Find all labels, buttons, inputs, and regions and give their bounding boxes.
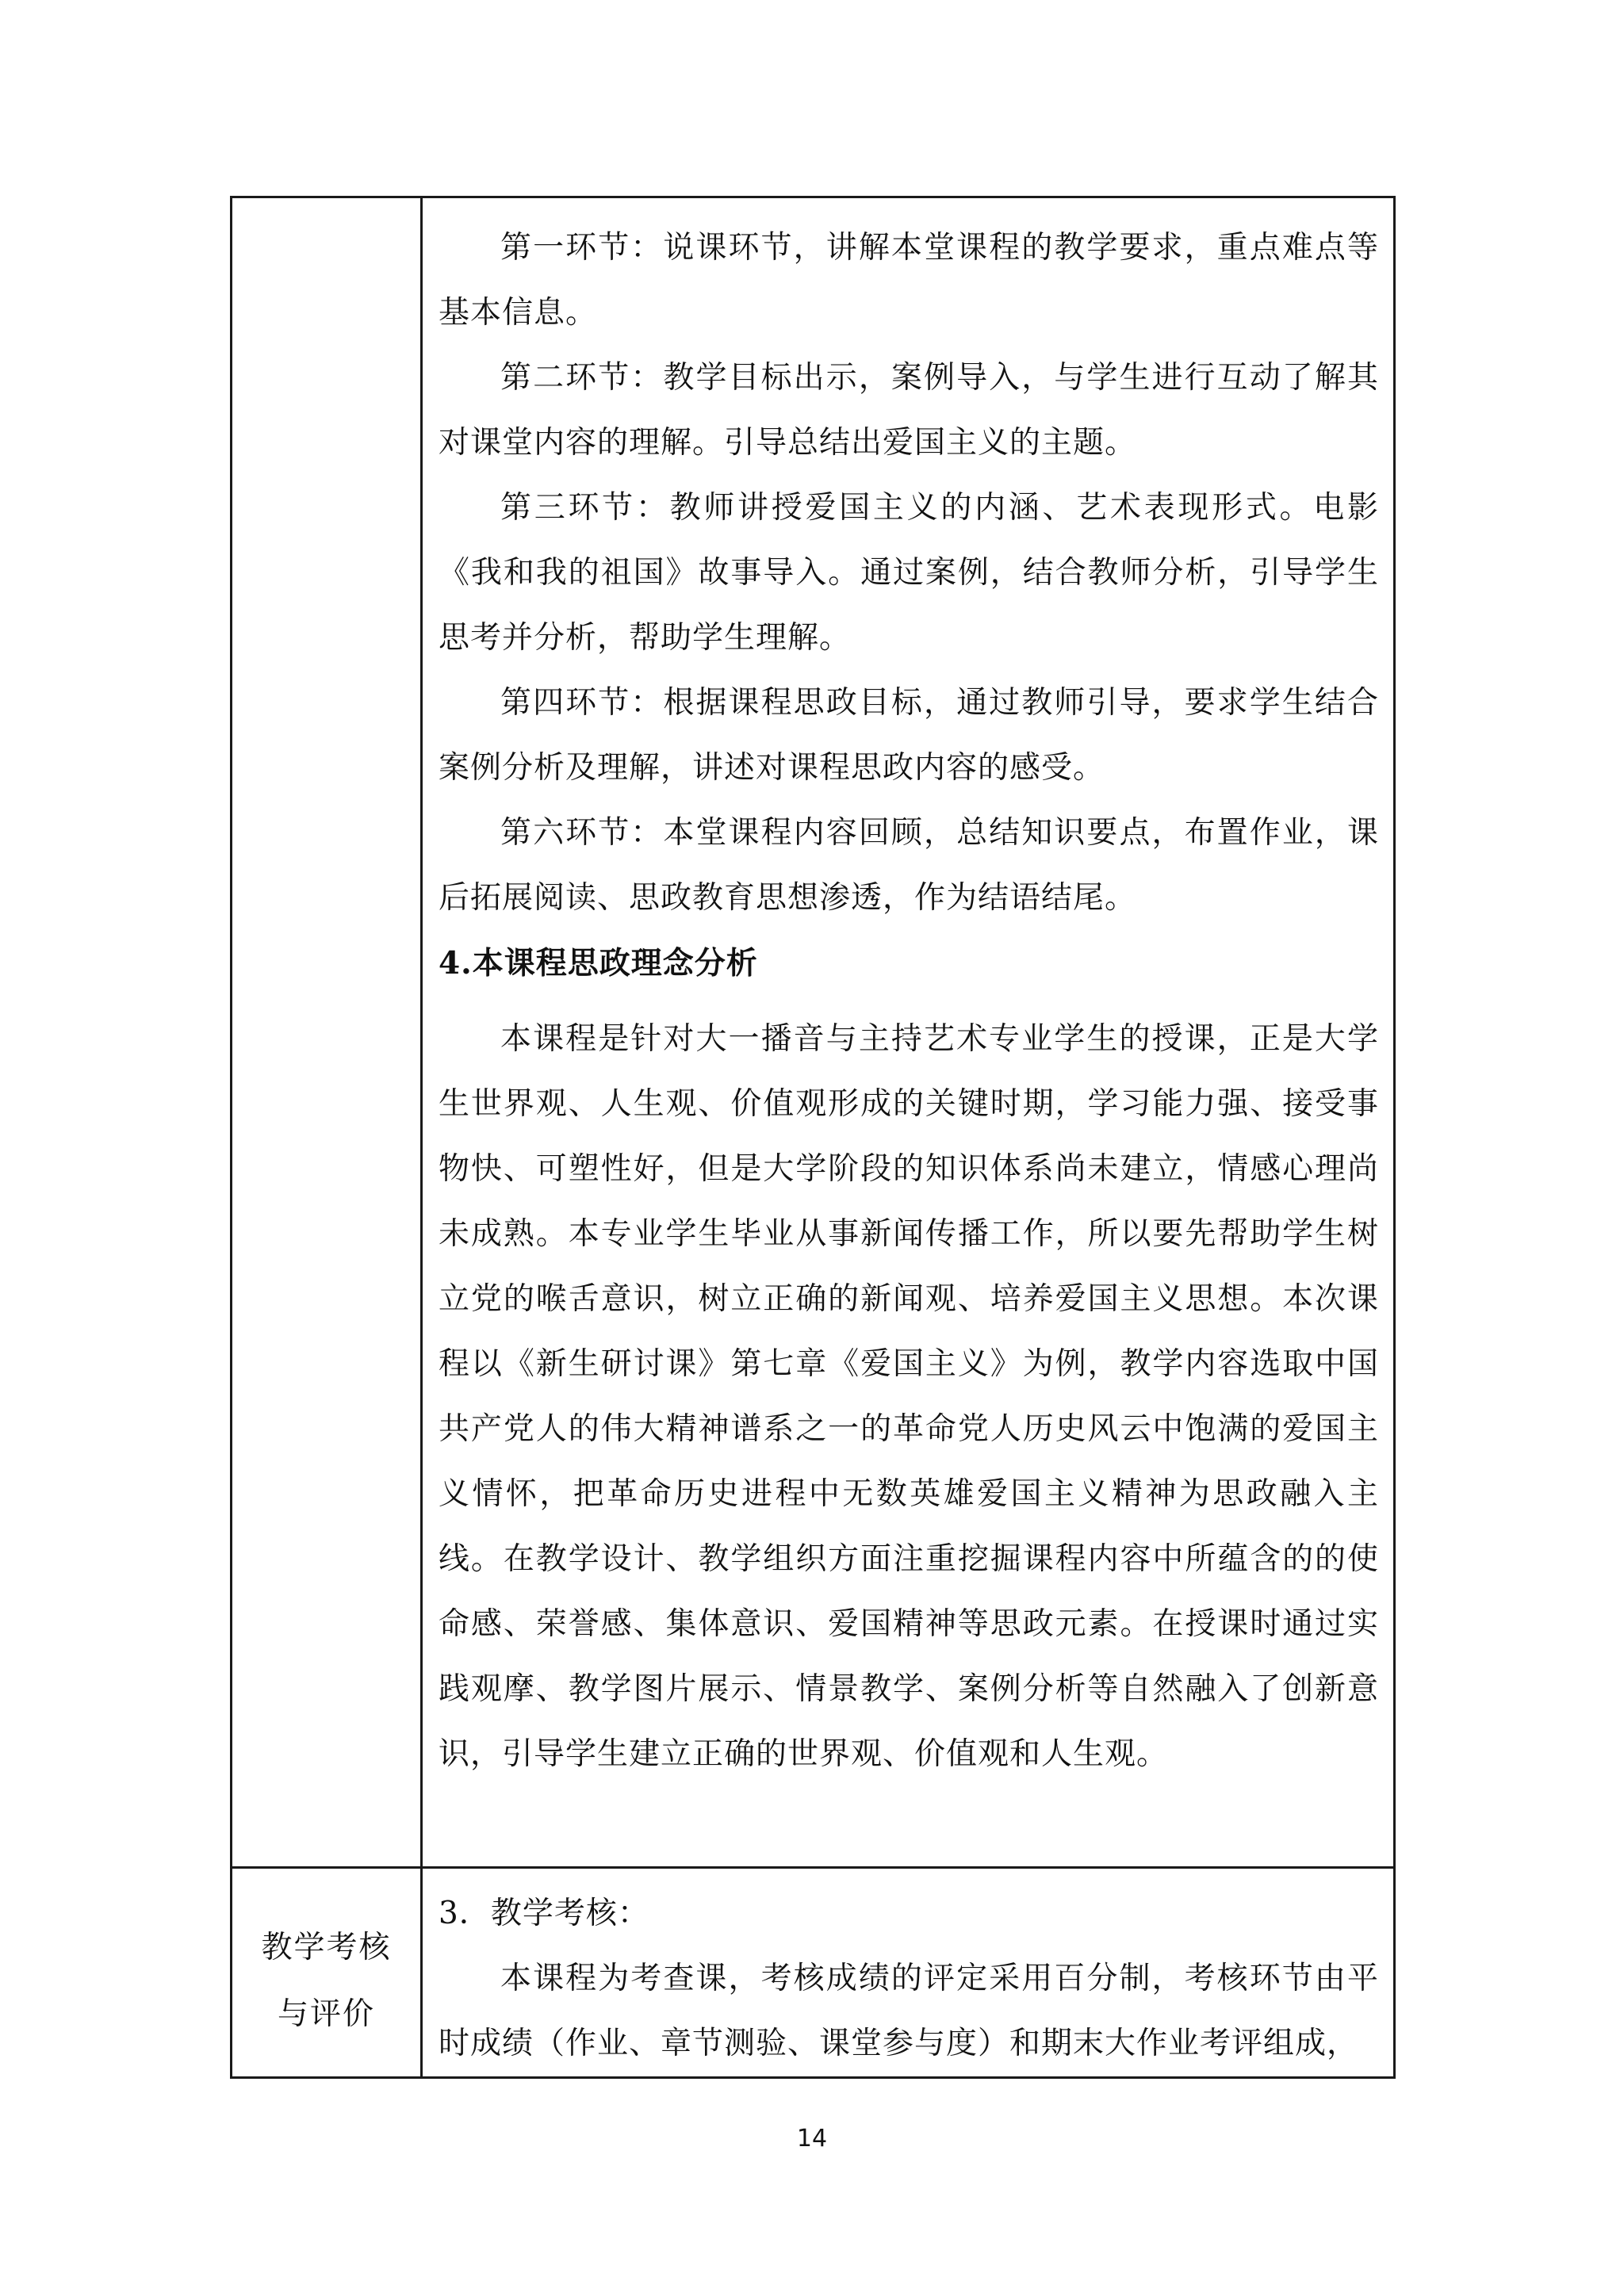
step-2-paragraph: 第二环节：教学目标出示，案例导入，与学生进行互动了解其对课堂内容的理解。引导总结… [439, 346, 1379, 476]
step-4-paragraph: 第四环节：根据课程思政目标，通过教师引导，要求学生结合案例分析及理解，讲述对课程… [439, 671, 1379, 801]
step-1-paragraph: 第一环节：说课环节，讲解本堂课程的教学要求，重点难点等基本信息。 [439, 216, 1379, 346]
assessment-paragraph: 本课程为考查课，考核成绩的评定采用百分制，考核环节由平时成绩（作业、章节测验、课… [439, 1946, 1379, 2076]
document-page: 第一环节：说课环节，讲解本堂课程的教学要求，重点难点等基本信息。 第二环节：教学… [0, 0, 1624, 2296]
ideology-analysis-heading: 4.本课程思政理念分析 [439, 931, 1379, 996]
assessment-content-cell: 3．教学考核： 本课程为考查课，考核成绩的评定采用百分制，考核环节由平时成绩（作… [422, 1868, 1395, 2078]
course-design-table: 第一环节：说课环节，讲解本堂课程的教学要求，重点难点等基本信息。 第二环节：教学… [230, 196, 1396, 2079]
assessment-row: 教学考核 与评价 3．教学考核： 本课程为考查课，考核成绩的评定采用百分制，考核… [232, 1868, 1395, 2078]
step-6-paragraph: 第六环节：本堂课程内容回顾，总结知识要点，布置作业，课后拓展阅读、思政教育思想渗… [439, 801, 1379, 931]
assessment-label-line-1: 教学考核 [232, 1915, 420, 1981]
page-number: 14 [0, 2125, 1624, 2152]
assessment-label-cell: 教学考核 与评价 [232, 1868, 422, 2078]
assessment-heading: 3．教学考核： [439, 1881, 1379, 1946]
ideology-analysis-paragraph: 本课程是针对大一播音与主持艺术专业学生的授课，正是大学生世界观、人生观、价值观形… [439, 1007, 1379, 1787]
row-label-cell-empty [232, 197, 422, 1868]
teaching-process-content-cell: 第一环节：说课环节，讲解本堂课程的教学要求，重点难点等基本信息。 第二环节：教学… [422, 197, 1395, 1868]
spacer [439, 996, 1379, 1007]
step-3-paragraph: 第三环节：教师讲授爱国主义的内涵、艺术表现形式。电影《我和我的祖国》故事导入。通… [439, 476, 1379, 671]
teaching-process-row: 第一环节：说课环节，讲解本堂课程的教学要求，重点难点等基本信息。 第二环节：教学… [232, 197, 1395, 1868]
assessment-label-line-2: 与评价 [232, 1981, 420, 2048]
